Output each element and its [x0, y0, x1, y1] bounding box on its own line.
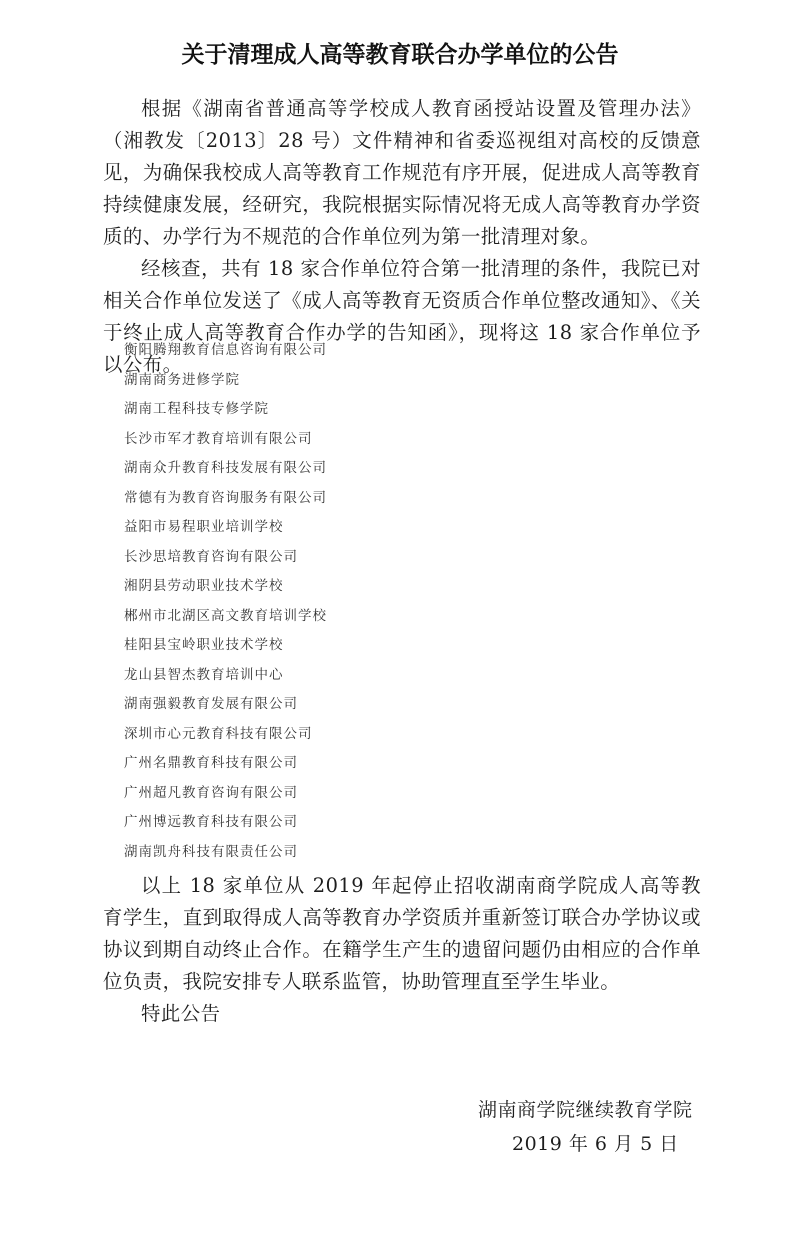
list-item: 湖南众升教育科技发展有限公司: [124, 456, 327, 486]
paragraph-text: 特此公告: [103, 998, 701, 1030]
list-item: 湖南商务进修学院: [124, 368, 327, 398]
list-item: 湖南凯舟科技有限责任公司: [124, 840, 327, 870]
signature-date: 2019 年 6 月 5 日: [512, 1128, 679, 1160]
list-item: 湘阴县劳动职业技术学校: [124, 574, 327, 604]
unit-list: 衡阳腾翔教育信息咨询有限公司 湖南商务进修学院 湖南工程科技专修学院 长沙市军才…: [124, 338, 327, 869]
signature-issuer: 湖南商学院继续教育学院: [478, 1094, 693, 1126]
list-item: 湖南工程科技专修学院: [124, 397, 327, 427]
list-item: 郴州市北湖区高文教育培训学校: [124, 604, 327, 634]
paragraph-text: 根据《湖南省普通高等学校成人教育函授站设置及管理办法》（湘教发〔2013〕28 …: [103, 93, 701, 253]
list-item: 桂阳县宝岭职业技术学校: [124, 633, 327, 663]
list-item: 湖南强毅教育发展有限公司: [124, 692, 327, 722]
list-item: 常德有为教育咨询服务有限公司: [124, 486, 327, 516]
paragraph-basis: 根据《湖南省普通高等学校成人教育函授站设置及管理办法》（湘教发〔2013〕28 …: [103, 93, 701, 253]
list-item: 深圳市心元教育科技有限公司: [124, 722, 327, 752]
list-item: 衡阳腾翔教育信息咨询有限公司: [124, 338, 327, 368]
list-item: 益阳市易程职业培训学校: [124, 515, 327, 545]
list-item: 广州名鼎教育科技有限公司: [124, 751, 327, 781]
list-item: 龙山县智杰教育培训中心: [124, 663, 327, 693]
list-item: 长沙市军才教育培训有限公司: [124, 427, 327, 457]
list-item: 长沙思培教育咨询有限公司: [124, 545, 327, 575]
document-title: 关于清理成人高等教育联合办学单位的公告: [0, 36, 800, 69]
paragraph-consequence: 以上 18 家单位从 2019 年起停止招收湖南商学院成人高等教育学生，直到取得…: [103, 870, 701, 998]
list-item: 广州博远教育科技有限公司: [124, 810, 327, 840]
list-item: 广州超凡教育咨询有限公司: [124, 781, 327, 811]
paragraph-text: 以上 18 家单位从 2019 年起停止招收湖南商学院成人高等教育学生，直到取得…: [103, 870, 701, 998]
paragraph-closing: 特此公告: [103, 998, 701, 1030]
